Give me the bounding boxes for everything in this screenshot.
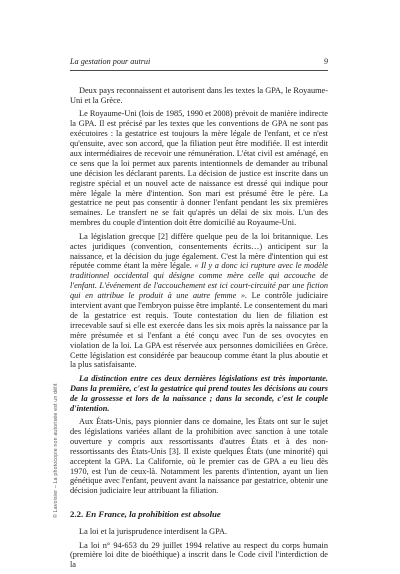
copyright-watermark: © Lavoisier – La photocopie non autorisé… xyxy=(53,386,59,518)
paragraph-loi-jurisprudence: La loi et la jurisprudence interdisent l… xyxy=(70,527,328,537)
paragraph-etats-unis: Aux États-Unis, pays pionnier dans ce do… xyxy=(70,417,328,496)
section-heading-title: En France, la prohibition est absolue xyxy=(85,509,220,519)
document-page: La gestation pour autrui 9 © Lavoisier –… xyxy=(0,0,400,574)
running-header: La gestation pour autrui 9 xyxy=(70,57,328,71)
paragraph-loi-1994: La loi n° 94-653 du 29 juillet 1994 rela… xyxy=(70,541,328,571)
paragraph-emphasis-distinction: La distinction entre ces deux dernières … xyxy=(70,374,328,414)
page-body: Deux pays reconnaissent et autorisent da… xyxy=(70,86,328,574)
section-heading-2-2: 2.2. En France, la prohibition est absol… xyxy=(70,510,328,520)
paragraph-intro: Deux pays reconnaissent et autorisent da… xyxy=(70,86,328,106)
paragraph-grece-text-after-quote: Le contrôle judiciaire intervient avant … xyxy=(70,291,328,369)
paragraph-grece: La législation grecque [2] diffère quelq… xyxy=(70,232,328,371)
page-number: 9 xyxy=(324,57,328,66)
running-header-title: La gestation pour autrui xyxy=(70,57,150,66)
section-heading-number: 2.2. xyxy=(70,509,83,519)
paragraph-royaume-uni: Le Royaume-Uni (lois de 1985, 1990 et 20… xyxy=(70,109,328,228)
